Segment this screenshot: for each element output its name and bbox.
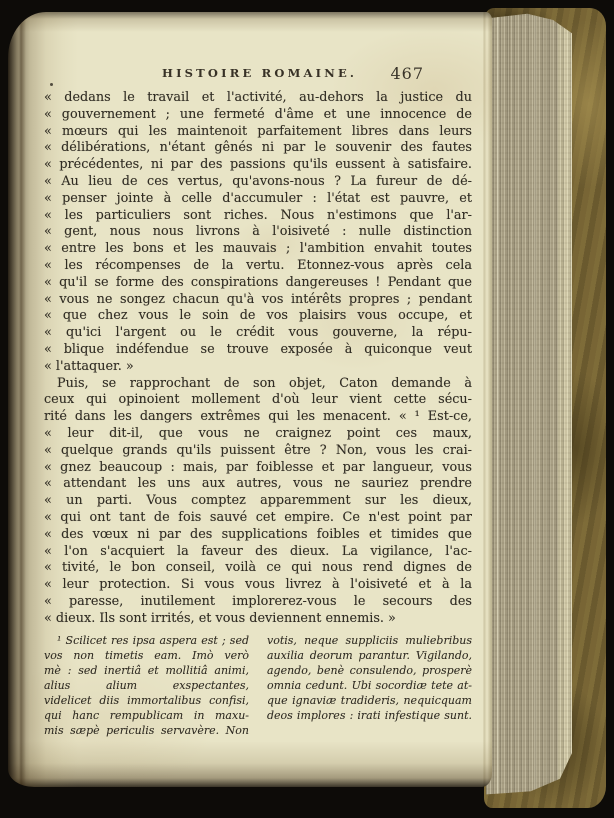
page-edges-stack [486, 13, 572, 796]
text-line: ceux qui opinoient mollement d'où leur v… [44, 392, 472, 409]
text-line: « l'on s'acquiert la faveur des dieux. L… [44, 544, 472, 561]
footnote-line: qui hanc rempublicam in maxu- [44, 708, 249, 723]
text-line: « l'attaquer. » [44, 359, 472, 376]
text-line: « précédentes, ni par des passions qu'il… [44, 157, 472, 174]
text-line: « un parti. Vous comptez apparemment sur… [44, 493, 472, 510]
footnote-line: mè : sed inertiâ et mollitiâ animi, [44, 663, 249, 678]
text-line: « dedans le travail et l'activité, au-de… [44, 90, 472, 107]
text-line: rité dans les dangers extrêmes qui les m… [44, 409, 472, 426]
text-line: « Au lieu de ces vertus, qu'avons-nous ?… [44, 174, 472, 191]
footnote-line: deos implores : irati infestique sunt. [267, 708, 472, 723]
text-line: « leur dit-il, que vous ne craignez poin… [44, 426, 472, 443]
main-text-block: « dedans le travail et l'activité, au-de… [44, 90, 472, 628]
footnote-column-right: votis, neque suppliciis muliebribusauxil… [267, 633, 472, 739]
footnote-line: votis, neque suppliciis muliebribus [267, 633, 472, 648]
text-line: « qu'ici l'argent ou le crédit vous gouv… [44, 325, 472, 342]
footnote-line: vos non timetis eam. Imò verò maxu- [44, 648, 249, 663]
text-line: « paresse, inutilement implorerez-vous l… [44, 594, 472, 611]
text-line: « penser jointe à celle d'accumuler : l'… [44, 191, 472, 208]
text-line: « gent, nous nous livrons à l'oisiveté :… [44, 224, 472, 241]
book-page: HISTOIRE ROMAINE. 467 « dedans le travai… [8, 12, 492, 787]
text-line: « qui ont tant de fois sauvé cet empire.… [44, 510, 472, 527]
text-line: « les récompenses de la vertu. Etonnez-v… [44, 258, 472, 275]
text-line: « blique indéfendue se trouve exposée à … [44, 342, 472, 359]
footnote-line: ¹ Scilicet res ipsa aspera est ; sed [44, 633, 249, 648]
footnote-block: ¹ Scilicet res ipsa aspera est ; sedvos … [44, 633, 472, 739]
text-line: « entre les bons et les mauvais ; l'ambi… [44, 241, 472, 258]
text-line: « qu'il se forme des conspirations dange… [44, 275, 472, 292]
footnote-line: alius alium exspectantes, cunctamini, [44, 678, 249, 693]
running-title: HISTOIRE ROMAINE. [162, 66, 357, 80]
text-line: « des vœux ni par des supplications foib… [44, 527, 472, 544]
page-header: HISTOIRE ROMAINE. 467 [44, 64, 472, 82]
text-line: « les particuliers sont riches. Nous n'e… [44, 208, 472, 225]
text-line: « que chez vous le soin de vos plaisirs … [44, 308, 472, 325]
text-line: « mœurs qui les maintenoit parfaitement … [44, 124, 472, 141]
text-line: « attendant les uns aux autres, vous ne … [44, 476, 472, 493]
page-content: HISTOIRE ROMAINE. 467 « dedans le travai… [44, 12, 472, 738]
text-line: « quelque grands qu'ils puissent être ? … [44, 443, 472, 460]
text-line: « délibérations, n'étant gênés ni par le… [44, 140, 472, 157]
footnote-line: videlicet diis immortalibus confisi, [44, 693, 249, 708]
text-line: « leur protection. Si vous vous livrez à… [44, 577, 472, 594]
text-line: « tivité, le bon conseil, voilà ce qui n… [44, 560, 472, 577]
footnote-line: agendo, benè consulendo, prosperè [267, 663, 472, 678]
text-line: « dieux. Ils sont irrités, et vous devie… [44, 611, 472, 628]
footnote-line: que ignaviæ tradideris, nequicquam [267, 693, 472, 708]
text-line: Puis, se rapprochant de son objet, Caton… [44, 376, 472, 393]
footnote-column-left: ¹ Scilicet res ipsa aspera est ; sedvos … [44, 633, 249, 739]
footnote-line: omnia cedunt. Ubi socordiæ tete at- [267, 678, 472, 693]
text-line: « gnez beaucoup : mais, par foiblesse et… [44, 460, 472, 477]
scanned-book-spread: HISTOIRE ROMAINE. 467 « dedans le travai… [0, 0, 614, 818]
footnote-line: auxilia deorum parantur. Vigilando, [267, 648, 472, 663]
page-number: 467 [390, 64, 424, 83]
text-line: « vous ne songez chacun qu'à vos intérêt… [44, 292, 472, 309]
footnote-line: mis sæpè periculis servavère. Non [44, 723, 249, 738]
text-line: « gouvernement ; une fermeté d'âme et un… [44, 107, 472, 124]
